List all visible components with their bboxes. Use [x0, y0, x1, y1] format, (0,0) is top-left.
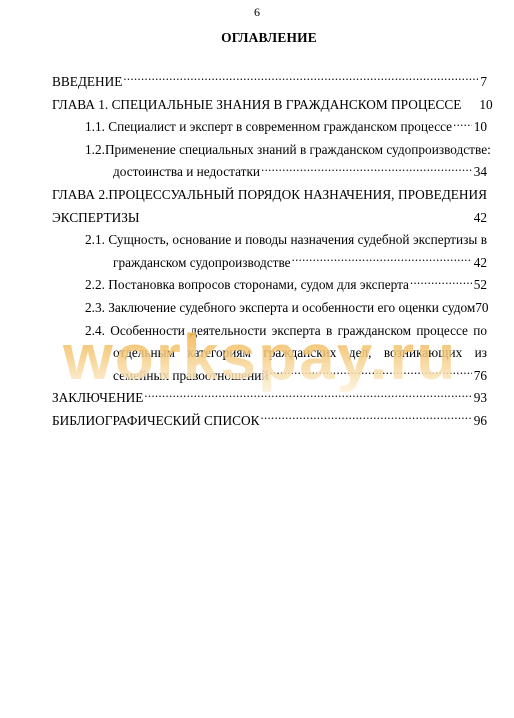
toc-entry-page: 42 — [474, 252, 487, 275]
toc-entry-section-2-3[interactable]: 2.3. Заключение судебного эксперта и осо… — [52, 297, 487, 320]
toc-entry-label: ГЛАВА 1. СПЕЦИАЛЬНЫЕ ЗНАНИЯ В ГРАЖДАНСКО… — [52, 94, 461, 117]
toc-entry-chapter-1[interactable]: ГЛАВА 1. СПЕЦИАЛЬНЫЕ ЗНАНИЯ В ГРАЖДАНСКО… — [52, 94, 487, 117]
toc-entry-introduction[interactable]: ВВЕДЕНИЕ 7 — [52, 71, 487, 94]
toc-entry-label: гражданском судопроизводстве — [113, 252, 291, 275]
toc-entry-label: ВВЕДЕНИЕ — [52, 71, 122, 94]
toc-entry-section-2-1-cont[interactable]: гражданском судопроизводстве 42 — [52, 252, 487, 275]
toc-entry-page: 70 — [475, 297, 488, 320]
toc-entry-label: 2.1. Сущность, основание и поводы назнач… — [85, 229, 487, 252]
toc-entry-page: 7 — [480, 71, 487, 94]
toc-entry-page: 52 — [474, 274, 487, 297]
toc-entry-page: 93 — [474, 387, 487, 410]
dot-leader — [260, 412, 471, 425]
toc-entry-page: 96 — [474, 410, 487, 433]
toc-entry-label: ГЛАВА 2.ПРОЦЕССУАЛЬНЫЙ ПОРЯДОК НАЗНАЧЕНИ… — [52, 184, 487, 207]
toc-entry-section-1-2-cont[interactable]: достоинства и недостатки 34 — [52, 161, 487, 184]
toc-entry-label: 2.2. Постановка вопросов сторонами, судо… — [85, 274, 409, 297]
toc-entry-label: ЭКСПЕРТИЗЫ — [52, 207, 474, 230]
toc-entry-section-2-4[interactable]: 2.4. Особенности деятельности эксперта в… — [52, 320, 487, 343]
toc-entry-conclusion[interactable]: ЗАКЛЮЧЕНИЕ 93 — [52, 387, 487, 410]
toc-entry-label: достоинства и недостатки — [113, 161, 260, 184]
page-number: 6 — [0, 4, 514, 20]
toc-entry-label: ЗАКЛЮЧЕНИЕ — [52, 387, 143, 410]
toc-entry-label: отдельным категориям гражданских дел, во… — [113, 342, 487, 365]
toc-entry-section-1-2[interactable]: 1.2.Применение специальных знаний в граж… — [52, 139, 487, 162]
dot-leader — [453, 118, 472, 131]
toc-entry-page: 42 — [474, 207, 487, 230]
table-of-contents: ВВЕДЕНИЕ 7 ГЛАВА 1. СПЕЦИАЛЬНЫЕ ЗНАНИЯ В… — [52, 71, 487, 433]
toc-entry-section-2-1[interactable]: 2.1. Сущность, основание и поводы назнач… — [52, 229, 487, 252]
toc-entry-label: 1.2.Применение специальных знаний в граж… — [85, 139, 491, 162]
dot-leader — [261, 163, 472, 176]
toc-entry-page: 76 — [474, 365, 487, 388]
toc-entry-section-1-1[interactable]: 1.1. Специалист и эксперт в современном … — [52, 116, 487, 139]
dot-leader — [269, 366, 471, 379]
toc-entry-bibliography[interactable]: БИБЛИОГРАФИЧЕСКИЙ СПИСОК 96 — [52, 410, 487, 433]
toc-entry-section-2-2[interactable]: 2.2. Постановка вопросов сторонами, судо… — [52, 274, 487, 297]
toc-entry-page: 10 — [474, 116, 487, 139]
dot-leader — [292, 253, 472, 266]
toc-entry-label: БИБЛИОГРАФИЧЕСКИЙ СПИСОК — [52, 410, 259, 433]
toc-entry-page: 34 — [474, 161, 487, 184]
dot-leader — [123, 73, 478, 86]
toc-entry-label: 2.4. Особенности деятельности эксперта в… — [85, 320, 487, 343]
dot-leader — [410, 276, 472, 289]
dot-leader — [144, 389, 471, 402]
page-title: ОГЛАВЛЕНИЕ — [0, 29, 514, 47]
toc-entry-label: 2.3. Заключение судебного эксперта и осо… — [85, 297, 475, 320]
toc-entry-label: семейных правоотношений — [113, 365, 268, 388]
toc-entry-section-2-4-cont[interactable]: отдельным категориям гражданских дел, во… — [52, 342, 487, 365]
toc-entry-page: 10 — [479, 94, 492, 117]
toc-entry-chapter-2-cont[interactable]: ЭКСПЕРТИЗЫ 42 — [52, 207, 487, 230]
toc-entry-label: 1.1. Специалист и эксперт в современном … — [85, 116, 452, 139]
toc-entry-chapter-2[interactable]: ГЛАВА 2.ПРОЦЕССУАЛЬНЫЙ ПОРЯДОК НАЗНАЧЕНИ… — [52, 184, 487, 207]
toc-entry-section-2-4-cont2[interactable]: семейных правоотношений 76 — [52, 365, 487, 388]
